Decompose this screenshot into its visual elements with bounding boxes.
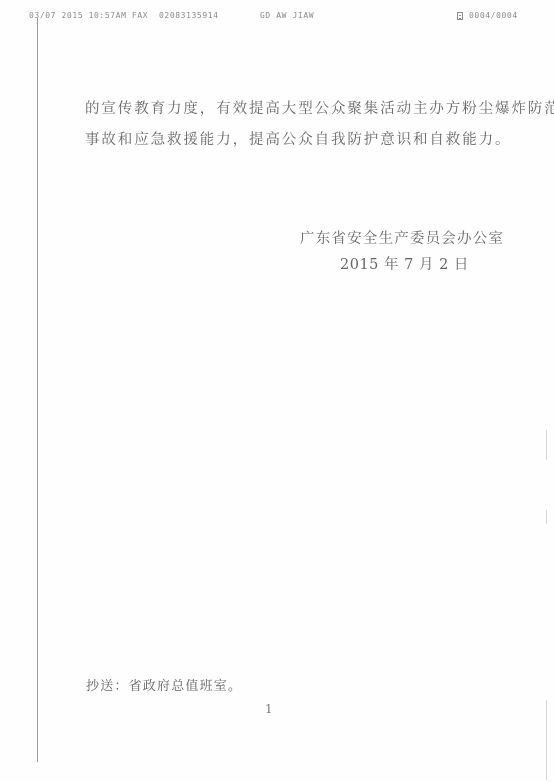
scan-artifact (546, 430, 547, 460)
cc-line: 抄送：省政府总值班室。 (86, 675, 242, 694)
body-line: 的宣传教育力度，有效提高大型公众聚集活动主办方粉尘爆炸防范 (85, 94, 515, 125)
scan-artifact (546, 510, 547, 524)
fax-page-count: 0004/0004 (469, 11, 518, 20)
issue-date: 2015 年 7 月 2 日 (300, 252, 520, 278)
scan-margin-line (37, 18, 38, 762)
fax-timestamp-and-number: 03/07 2015 10:57AM FAX 02083135914 (29, 11, 219, 20)
fax-header: 03/07 2015 10:57AM FAX 02083135914 GD AW… (0, 11, 554, 25)
fax-page-icon (457, 12, 463, 20)
fax-sender-id: GD AW JIAW (260, 11, 314, 20)
body-line: 事故和应急救援能力，提高公众自我防护意识和自救能力。 (85, 125, 515, 156)
page-number: 1 (265, 702, 273, 716)
issuing-organization: 广东省安全生产委员会办公室 (300, 226, 520, 252)
document-body: 的宣传教育力度，有效提高大型公众聚集活动主办方粉尘爆炸防范 事故和应急救援能力，… (85, 94, 515, 156)
scan-artifact (546, 700, 547, 780)
signature-block: 广东省安全生产委员会办公室 2015 年 7 月 2 日 (300, 226, 520, 278)
fax-page-counter: 0004/0004 (457, 11, 518, 20)
